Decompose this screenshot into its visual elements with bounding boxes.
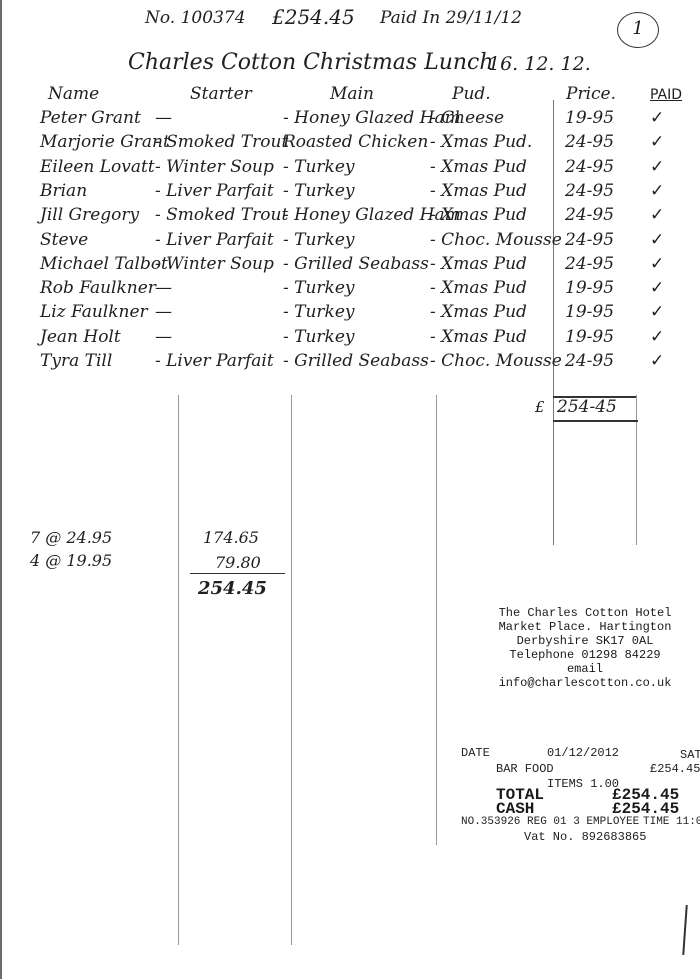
starter-choice: —: [155, 108, 172, 128]
guest-name: Tyra Till: [40, 351, 112, 371]
pudding-choice: - Xmas Pud: [430, 327, 527, 347]
starter-choice: - Liver Parfait: [155, 230, 274, 250]
paid-check-icon: ✓: [650, 230, 664, 250]
price: 19-95: [565, 302, 614, 322]
guest-name: Liz Faulkner: [40, 302, 148, 322]
paid-check-icon: ✓: [650, 278, 664, 298]
guest-name: Rob Faulkner: [40, 278, 156, 298]
table-row: Marjorie Grant- Smoked TroutRoasted Chic…: [0, 132, 700, 156]
price: 24-95: [565, 205, 614, 225]
receipt-header: The Charles Cotton Hotel Market Place. H…: [480, 606, 690, 690]
price: 24-95: [565, 230, 614, 250]
table-row: Peter Grant—- Honey Glazed Ham- Cheese19…: [0, 108, 700, 132]
price: 19-95: [565, 278, 614, 298]
pudding-choice: - Choc. Mousse: [430, 230, 562, 250]
page-number: 1: [618, 18, 658, 39]
column-header-starter: Starter: [190, 84, 252, 104]
hotel-address-2: Derbyshire SK17 0AL: [480, 634, 690, 648]
receipt-date: 01/12/2012: [547, 746, 619, 760]
starter-choice: - Winter Soup: [155, 157, 274, 177]
hotel-name: The Charles Cotton Hotel: [480, 606, 690, 620]
receipt-date-label: DATE: [461, 746, 490, 760]
paid-check-icon: ✓: [650, 351, 664, 371]
page-number-circle: 1: [617, 12, 659, 48]
starter-choice: - Liver Parfait: [155, 351, 274, 371]
grand-total: 254-45: [557, 397, 617, 417]
guest-name: Michael Talbot: [40, 254, 168, 274]
main-choice: - Turkey: [283, 230, 355, 250]
table-row: Steve- Liver Parfait- Turkey- Choc. Mous…: [0, 230, 700, 254]
table-row: Tyra Till- Liver Parfait- Grilled Seabas…: [0, 351, 700, 375]
main-choice: - Grilled Seabass: [283, 254, 429, 274]
pudding-choice: - Cheese: [430, 108, 504, 128]
hotel-telephone: Telephone 01298 84229: [480, 648, 690, 662]
receipt-day: SAT: [680, 748, 700, 762]
main-choice: - Turkey: [283, 181, 355, 201]
calc-line-2-value: 79.80: [215, 553, 261, 572]
table-row: Eileen Lovatt- Winter Soup- Turkey- Xmas…: [0, 157, 700, 181]
starter-choice: —: [155, 278, 172, 298]
paid-check-icon: ✓: [650, 205, 664, 225]
guest-name: Marjorie Grant: [40, 132, 170, 152]
hotel-address-1: Market Place. Hartington: [480, 620, 690, 634]
reference-number: No. 100374: [145, 8, 246, 28]
receipt-item-amount: £254.45: [650, 762, 700, 776]
column-divider-pud: [436, 395, 437, 845]
starter-choice: - Winter Soup: [155, 254, 274, 274]
column-header-price: Price.: [566, 84, 616, 104]
pen-mark: [682, 905, 687, 955]
pudding-choice: - Xmas Pud: [430, 278, 527, 298]
main-choice: Roasted Chicken: [283, 132, 428, 152]
starter-choice: - Smoked Trout: [155, 205, 288, 225]
column-divider-paid: [636, 395, 637, 545]
calc-line-2-label: 4 @ 19.95: [30, 551, 112, 570]
pudding-choice: - Xmas Pud: [430, 254, 527, 274]
main-choice: - Turkey: [283, 302, 355, 322]
price: 19-95: [565, 327, 614, 347]
guest-name: Jean Holt: [40, 327, 121, 347]
paid-check-icon: ✓: [650, 108, 664, 128]
guest-name: Jill Gregory: [40, 205, 139, 225]
guest-name: Brian: [40, 181, 87, 201]
column-header-paid: PAID: [650, 87, 682, 103]
starter-choice: —: [155, 327, 172, 347]
price: 24-95: [565, 157, 614, 177]
column-header-name: Name: [48, 84, 99, 104]
header-amount: £254.45: [272, 5, 355, 29]
total-rule-bottom: [553, 420, 638, 422]
column-divider-main: [291, 395, 292, 945]
column-header-main: Main: [330, 84, 374, 104]
price: 19-95: [565, 108, 614, 128]
receipt-vat: Vat No. 892683865: [524, 830, 646, 844]
main-choice: - Turkey: [283, 327, 355, 347]
guest-name: Steve: [40, 230, 88, 250]
paid-check-icon: ✓: [650, 181, 664, 201]
column-header-pud: Pud.: [452, 84, 491, 104]
table-row: Liz Faulkner—- Turkey- Xmas Pud19-95✓: [0, 302, 700, 326]
document-title: Charles Cotton Christmas Lunch: [128, 50, 494, 75]
pudding-choice: - Xmas Pud.: [430, 132, 532, 152]
calc-sum-rule: [190, 573, 285, 574]
guest-name: Peter Grant: [40, 108, 141, 128]
hotel-email: email info@charlescotton.co.uk: [480, 662, 690, 690]
paid-check-icon: ✓: [650, 327, 664, 347]
starter-choice: - Smoked Trout: [155, 132, 288, 152]
receipt-transaction: NO.353926 REG 01 3 EMPLOYEE: [461, 816, 639, 828]
receipt-item: BAR FOOD: [496, 762, 554, 776]
paid-check-icon: ✓: [650, 157, 664, 177]
paid-in-note: Paid In 29/11/12: [380, 8, 522, 28]
event-date: 16. 12. 12.: [488, 53, 591, 75]
starter-choice: —: [155, 302, 172, 322]
main-choice: - Turkey: [283, 157, 355, 177]
pudding-choice: - Xmas Pud: [430, 157, 527, 177]
calc-line-1-label: 7 @ 24.95: [30, 528, 112, 547]
table-row: Michael Talbot- Winter Soup- Grilled Sea…: [0, 254, 700, 278]
table-row: Rob Faulkner—- Turkey- Xmas Pud19-95✓: [0, 278, 700, 302]
price: 24-95: [565, 254, 614, 274]
receipt-items-count: ITEMS 1.00: [547, 777, 619, 791]
table-row: Jean Holt—- Turkey- Xmas Pud19-95✓: [0, 327, 700, 351]
price: 24-95: [565, 132, 614, 152]
price: 24-95: [565, 181, 614, 201]
main-choice: - Turkey: [283, 278, 355, 298]
pudding-choice: - Choc. Mousse: [430, 351, 562, 371]
guest-name: Eileen Lovatt: [40, 157, 155, 177]
paid-check-icon: ✓: [650, 254, 664, 274]
column-divider-starter: [178, 395, 179, 945]
table-row: Brian- Liver Parfait- Turkey- Xmas Pud24…: [0, 181, 700, 205]
pudding-choice: - Xmas Pud: [430, 302, 527, 322]
paid-check-icon: ✓: [650, 132, 664, 152]
main-choice: - Grilled Seabass: [283, 351, 429, 371]
total-currency-symbol: £: [535, 398, 545, 416]
paid-check-icon: ✓: [650, 302, 664, 322]
pudding-choice: - Xmas Pud: [430, 205, 527, 225]
pudding-choice: - Xmas Pud: [430, 181, 527, 201]
table-row: Jill Gregory- Smoked Trout- Honey Glazed…: [0, 205, 700, 229]
receipt-time: TIME 11:07: [643, 816, 700, 828]
price: 24-95: [565, 351, 614, 371]
starter-choice: - Liver Parfait: [155, 181, 274, 201]
calc-sum: 254.45: [198, 578, 267, 599]
calc-line-1-value: 174.65: [203, 528, 259, 547]
